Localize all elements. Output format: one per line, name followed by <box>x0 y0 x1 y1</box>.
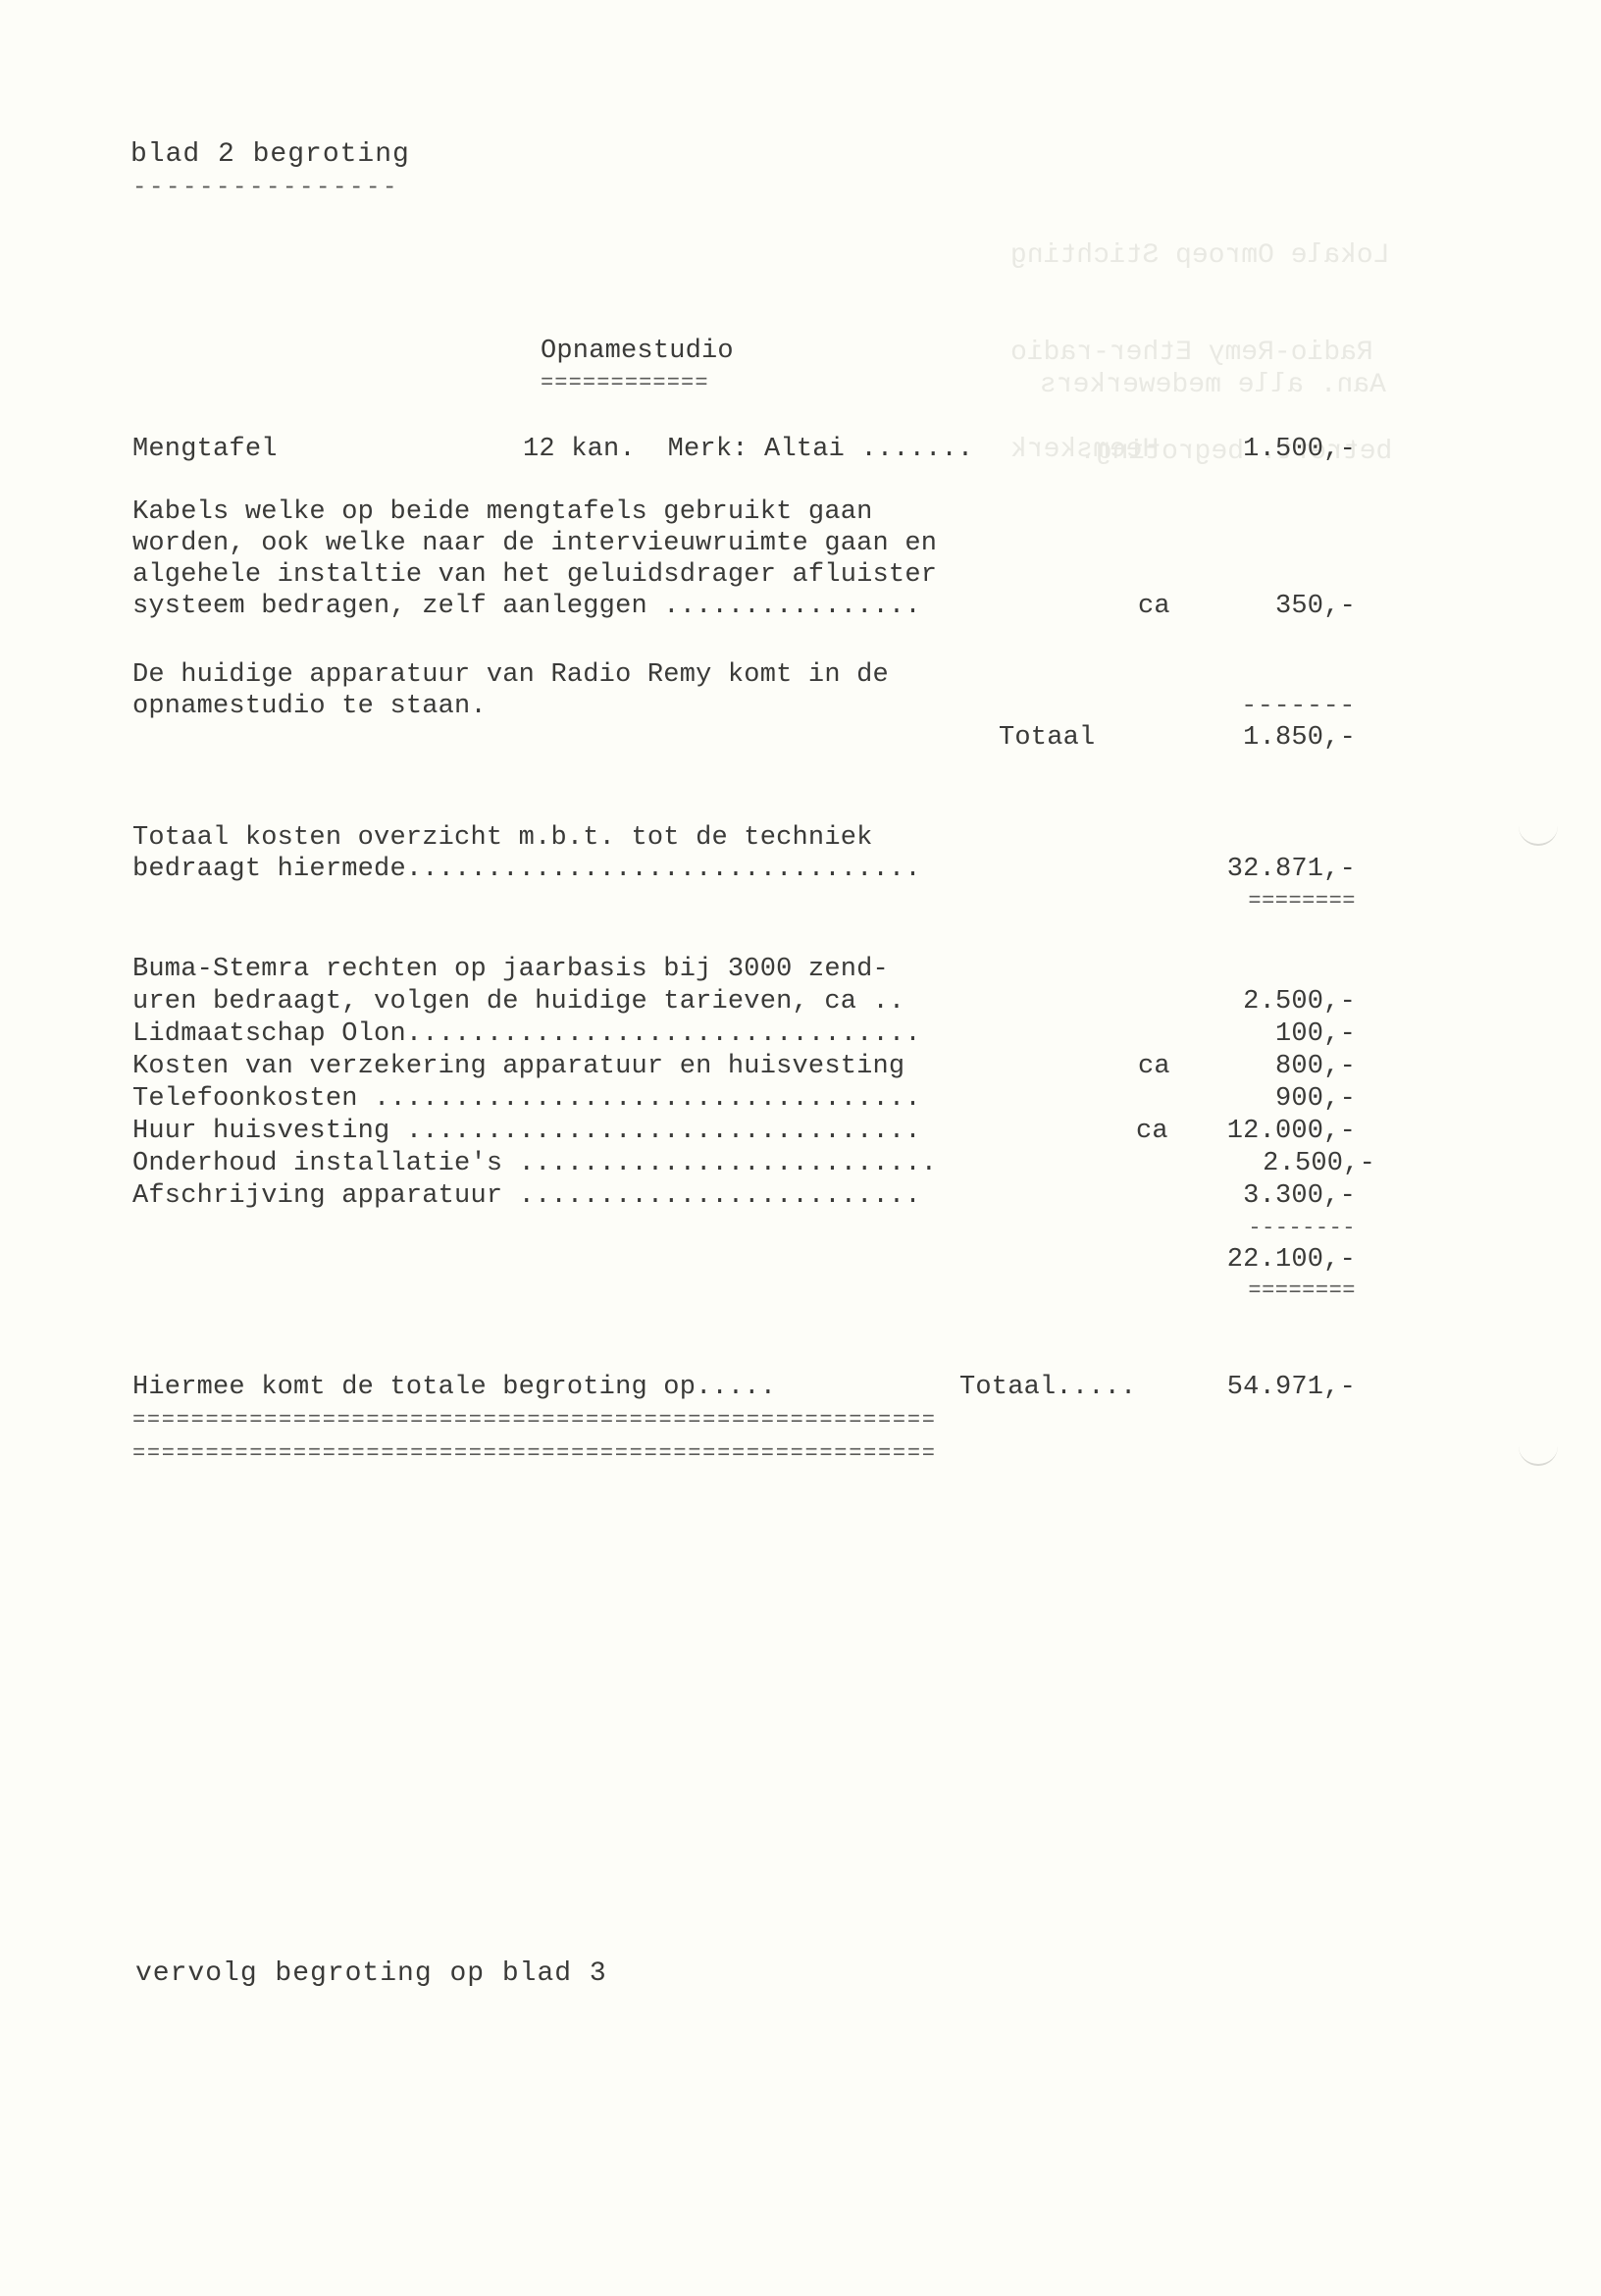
double-rule: ======== <box>1158 1276 1356 1307</box>
page-footer: vervolg begroting op blad 3 <box>135 1958 607 1990</box>
cost-line-amount: 12.000,- <box>1177 1116 1356 1147</box>
cost-line-label: Lidmaatschap Olon.......................… <box>132 1018 921 1050</box>
amount-qualifier: ca <box>1136 1116 1168 1147</box>
grand-total-double-rule: ========================================… <box>132 1438 937 1470</box>
punch-hole-mark <box>1519 1442 1558 1466</box>
grand-total-label: Totaal..... <box>959 1372 1136 1403</box>
subtotal-amount: 1.850,- <box>1158 722 1356 754</box>
ghost-line: Lokale Omroep Stichting <box>1010 239 1472 272</box>
section-title: Opnamestudio <box>541 336 734 367</box>
cost-line-label: Telefoonkosten .........................… <box>132 1083 921 1115</box>
punch-hole-mark <box>1519 822 1558 846</box>
cost-line-label: Afschrijving apparatuur ................… <box>132 1180 921 1212</box>
line-item-amount: 1.500,- <box>1158 434 1356 465</box>
cost-line-amount: 2.500,- <box>1158 986 1356 1018</box>
paragraph-line: Totaal kosten overzicht m.b.t. tot de te… <box>132 822 873 854</box>
cost-line-label: uren bedraagt, volgen de huidige tarieve… <box>132 986 904 1018</box>
paragraph-line: De huidige apparatuur van Radio Remy kom… <box>132 659 889 691</box>
section-underline: ============ <box>541 368 709 399</box>
costs-total-amount: 22.100,- <box>1158 1244 1356 1276</box>
paragraph-line: algehele instaltie van het geluidsdrager… <box>132 559 937 591</box>
paragraph-line: worden, ook welke naar de intervieuwruim… <box>132 528 937 559</box>
scanned-page: Lokale Omroep Stichting Radio-Remy Ether… <box>0 0 1601 2296</box>
sum-rule: -------- <box>1158 1213 1356 1244</box>
paragraph-line: systeem bedragen, zelf aanleggen .......… <box>132 591 921 622</box>
grand-total-amount: 54.971,- <box>1158 1372 1356 1403</box>
paragraph-line: Kabels welke op beide mengtafels gebruik… <box>132 496 873 528</box>
cost-line-amount: 2.500,- <box>1158 1148 1375 1179</box>
grand-total-text: Hiermee komt de totale begroting op..... <box>132 1372 776 1403</box>
line-item-label: Mengtafel <box>132 434 278 465</box>
cost-line-label: Kosten van verzekering apparatuur en hui… <box>132 1051 904 1082</box>
cost-line-amount: 800,- <box>1158 1051 1356 1082</box>
line-item-amount: 350,- <box>1158 591 1356 622</box>
cost-line-label: Onderhoud installatie's ................… <box>132 1148 937 1179</box>
double-rule: ======== <box>1158 886 1356 917</box>
paragraph-line: opnamestudio te staan. <box>132 691 487 722</box>
cost-line-label: Buma-Stemra rechten op jaarbasis bij 300… <box>132 954 889 985</box>
paragraph-line: bedraagt hiermede.......................… <box>132 854 921 885</box>
cost-line-amount: 100,- <box>1158 1018 1356 1050</box>
subtotal-label: Totaal <box>999 722 1095 754</box>
header-underline: ---------------- <box>132 173 399 204</box>
line-item-spec: 12 kan. Merk: Altai ....... <box>523 434 973 465</box>
cost-line-label: Huur huisvesting .......................… <box>132 1116 921 1147</box>
sum-rule: ------- <box>1158 691 1356 722</box>
cost-line-amount: 900,- <box>1158 1083 1356 1115</box>
techniek-total-amount: 32.871,- <box>1158 854 1356 885</box>
cost-line-amount: 3.300,- <box>1158 1180 1356 1212</box>
page-header: blad 2 begroting <box>130 139 410 171</box>
grand-total-double-rule: ========================================… <box>132 1405 937 1436</box>
